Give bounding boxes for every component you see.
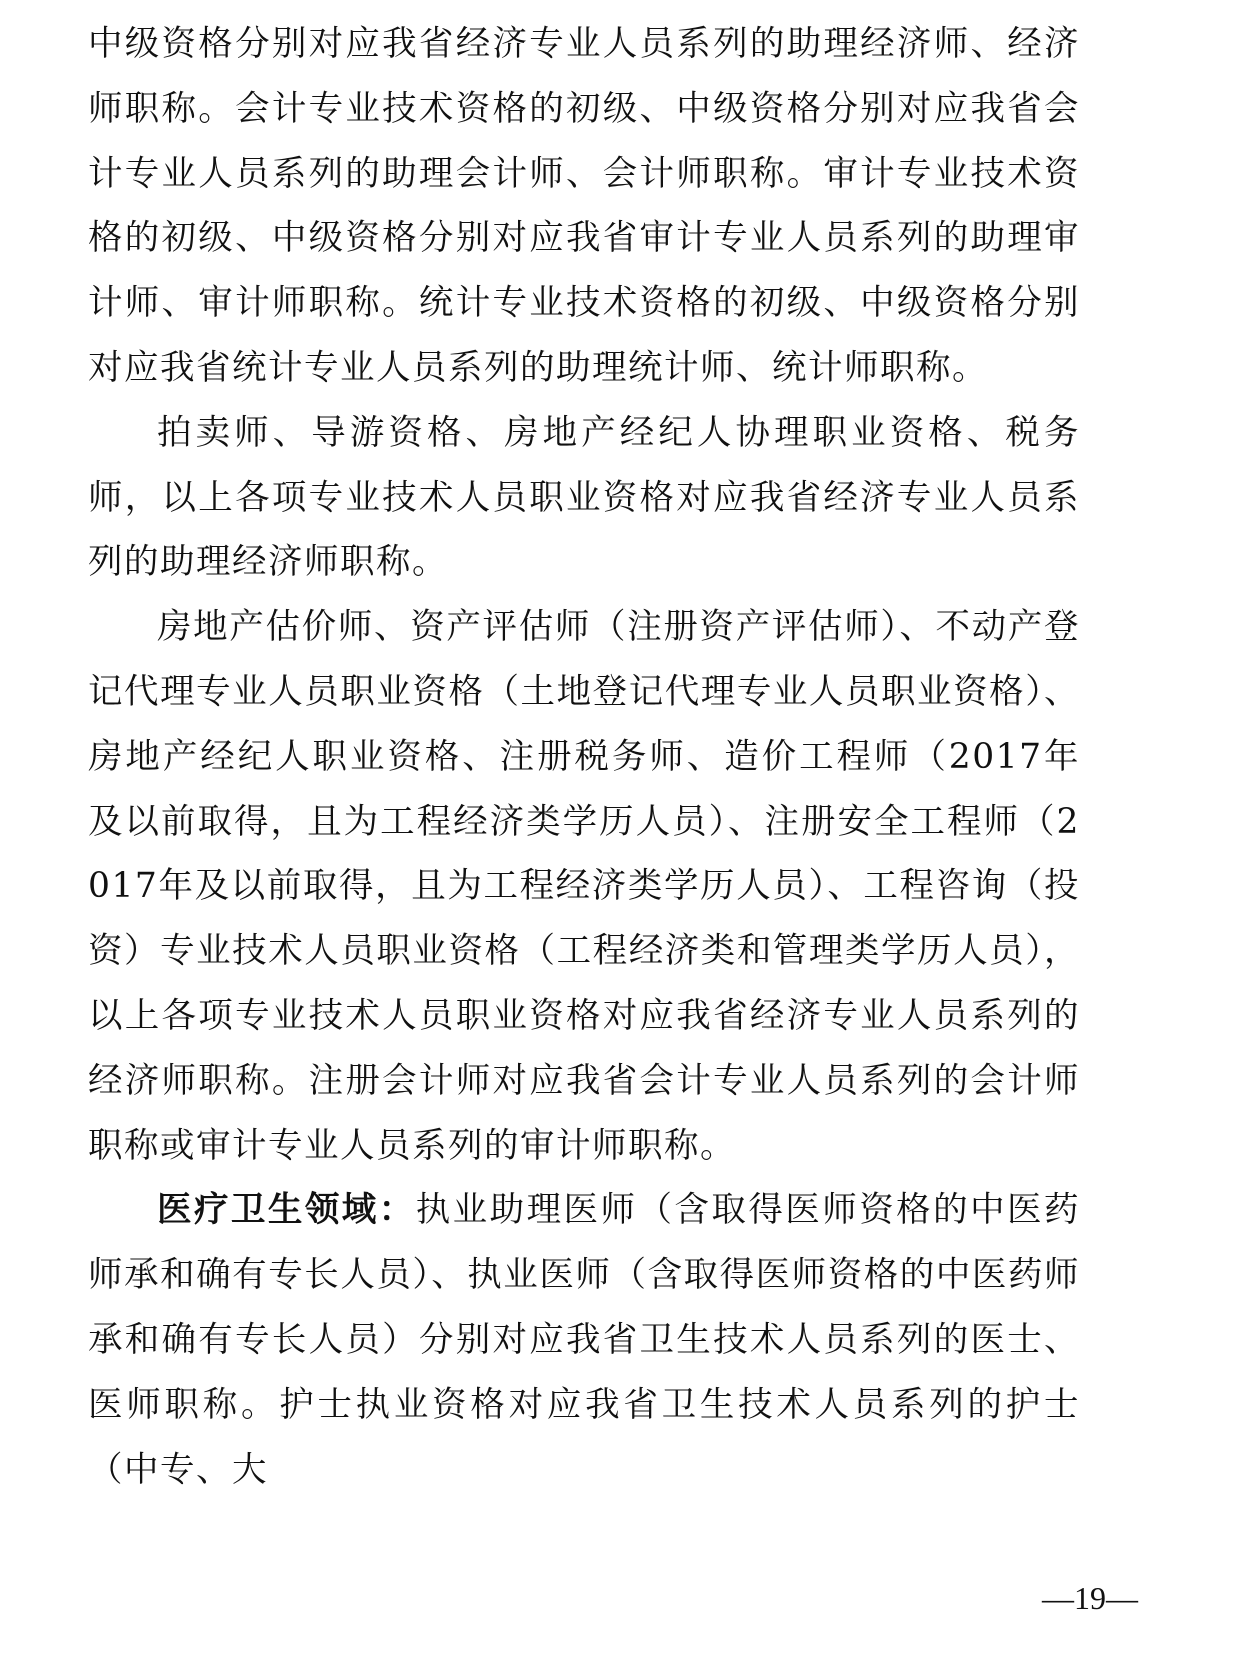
paragraph-text: 拍卖师、导游资格、房地产经纪人协理职业资格、税务师，以上各项专业技术人员职业资格…: [88, 413, 1080, 583]
paragraph-economist: 房地产估价师、资产评估师（注册资产评估师）、不动产登记代理专业人员职业资格（土地…: [88, 595, 1080, 1178]
paragraph-assistant-economist: 拍卖师、导游资格、房地产经纪人协理职业资格、税务师，以上各项专业技术人员职业资格…: [88, 401, 1080, 595]
section-lead-heading: 医疗卫生领域：: [157, 1190, 416, 1230]
paragraph-text: 执业助理医师（含取得医师资格的中医药师承和确有专长人员）、执业医师（含取得医师资…: [88, 1190, 1080, 1489]
paragraph-medical-health: 医疗卫生领域：执业助理医师（含取得医师资格的中医药师承和确有专长人员）、执业医师…: [88, 1178, 1080, 1502]
page-number: —19—: [1042, 1580, 1138, 1617]
paragraph-text: 中级资格分别对应我省经济专业人员系列的助理经济师、经济师职称。会计专业技术资格的…: [88, 24, 1080, 388]
paragraph-economics-accounting-audit-statistics: 中级资格分别对应我省经济专业人员系列的助理经济师、经济师职称。会计专业技术资格的…: [88, 12, 1080, 401]
document-page: 中级资格分别对应我省经济专业人员系列的助理经济师、经济师职称。会计专业技术资格的…: [88, 12, 1080, 1502]
paragraph-text: 房地产估价师、资产评估师（注册资产评估师）、不动产登记代理专业人员职业资格（土地…: [88, 607, 1080, 1165]
